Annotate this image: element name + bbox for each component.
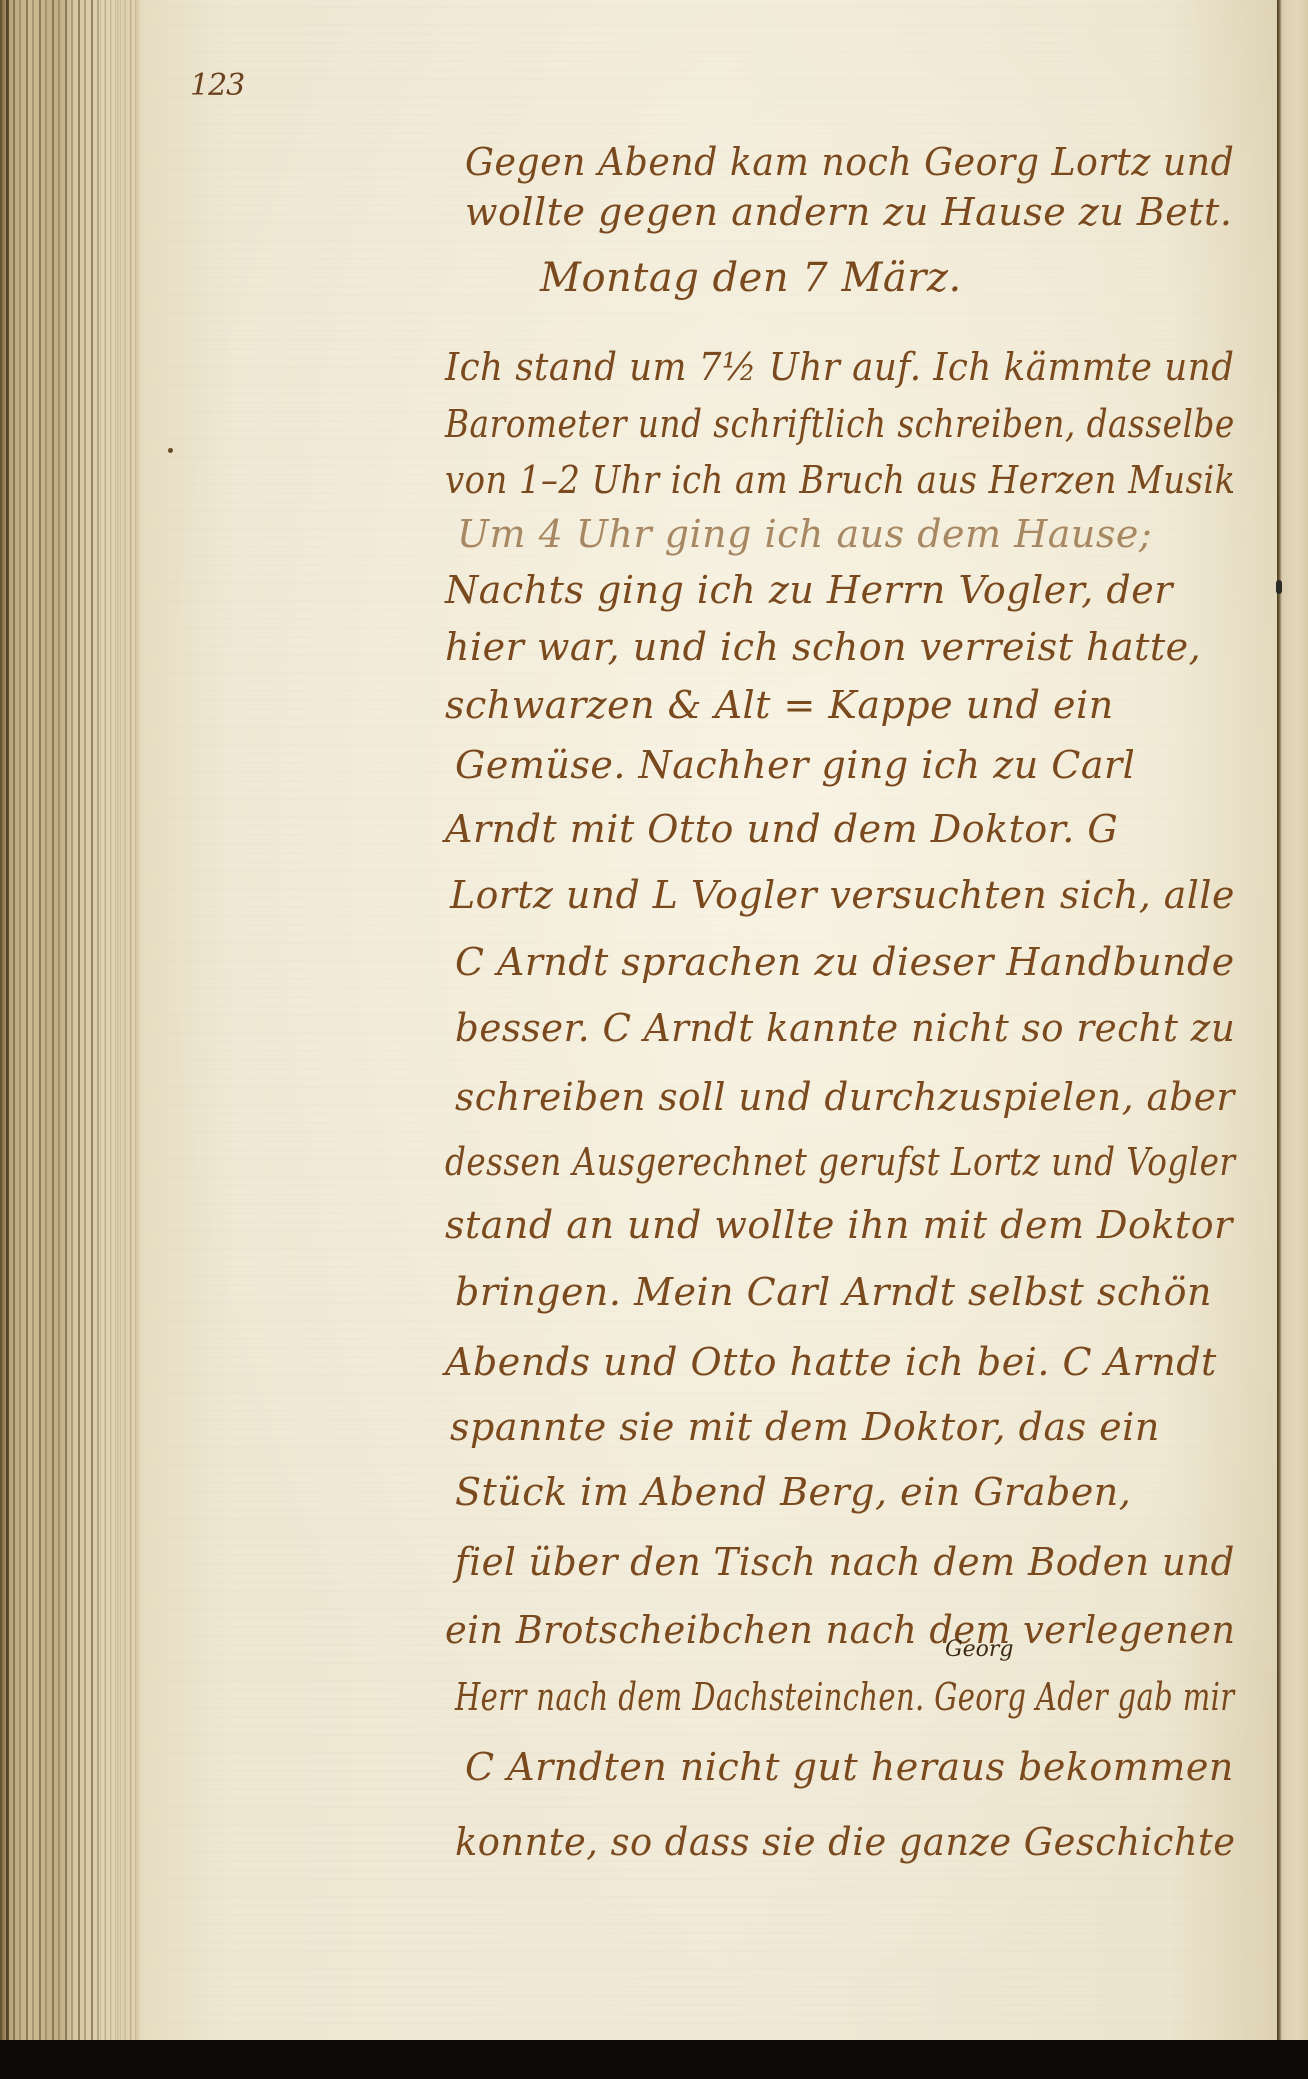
text-line-9: hier war, und ich schon verreist hatte, — [445, 625, 1201, 669]
text-line-7: Um 4 Uhr ging ich aus dem Hause; — [457, 512, 1152, 556]
page-gutter — [1277, 0, 1308, 2040]
page-number: 123 — [190, 68, 244, 103]
manuscript-scan: 123 Gegen Abend kam noch Georg Lortz und… — [0, 0, 1308, 2079]
text-line-5: Barometer und schriftlich schreiben, das… — [445, 402, 1235, 446]
ink-spot — [168, 448, 173, 453]
text-line-25: Herr nach dem Dachsteinchen. Georg Ader … — [455, 1675, 1234, 1719]
text-line-19: bringen. Mein Carl Arndt selbst schön — [455, 1270, 1212, 1314]
text-line-24: ein Brotscheibchen nach dem verlegenen — [445, 1608, 1236, 1652]
binding-notch — [1276, 580, 1282, 594]
text-line-15: besser. C Arndt kannte nicht so recht zu — [455, 1006, 1235, 1050]
inserted-correction: Georg — [945, 1637, 1013, 1662]
text-line-26: C Arndten nicht gut heraus bekommen — [465, 1745, 1234, 1789]
text-line-22: Stück im Abend Berg, ein Graben, — [455, 1470, 1131, 1514]
scan-background — [0, 2040, 1308, 2079]
text-line-8: Nachts ging ich zu Herrn Vogler, der — [445, 568, 1173, 612]
text-line-13: Lortz und L Vogler versuchten sich, alle — [450, 873, 1235, 917]
text-line-1: Gegen Abend kam noch Georg Lortz und — [465, 140, 1191, 184]
text-line-11: Gemüse. Nachher ging ich zu Carl — [455, 743, 1135, 787]
text-line-4: Ich stand um 7½ Uhr auf. Ich kämmte und — [445, 345, 1234, 389]
text-line-21: spannte sie mit dem Doktor, das ein — [450, 1405, 1160, 1449]
text-line-17: dessen Ausgerechnet gerufst Lortz und Vo… — [445, 1140, 1235, 1184]
text-line-23: fiel über den Tisch nach dem Boden und — [455, 1540, 1235, 1584]
text-line-27: konnte, so dass sie die ganze Geschichte — [455, 1820, 1236, 1864]
text-line-16: schreiben soll und durchzuspielen, aber — [455, 1075, 1235, 1119]
text-line-18: stand an und wollte ihn mit dem Doktor — [445, 1203, 1233, 1247]
date-heading: Montag den 7 März. — [540, 255, 962, 301]
text-line-2: wollte gegen andern zu Hause zu Bett. — [465, 190, 1232, 234]
text-line-10: schwarzen & Alt = Kappe und ein — [445, 683, 1114, 727]
text-line-12: Arndt mit Otto und dem Doktor. G — [445, 807, 1118, 851]
text-line-20: Abends und Otto hatte ich bei. C Arndt — [445, 1340, 1217, 1384]
text-line-14: C Arndt sprachen zu dieser Handbunde — [455, 940, 1235, 984]
text-line-6: von 1–2 Uhr ich am Bruch aus Herzen Musi… — [445, 458, 1236, 502]
